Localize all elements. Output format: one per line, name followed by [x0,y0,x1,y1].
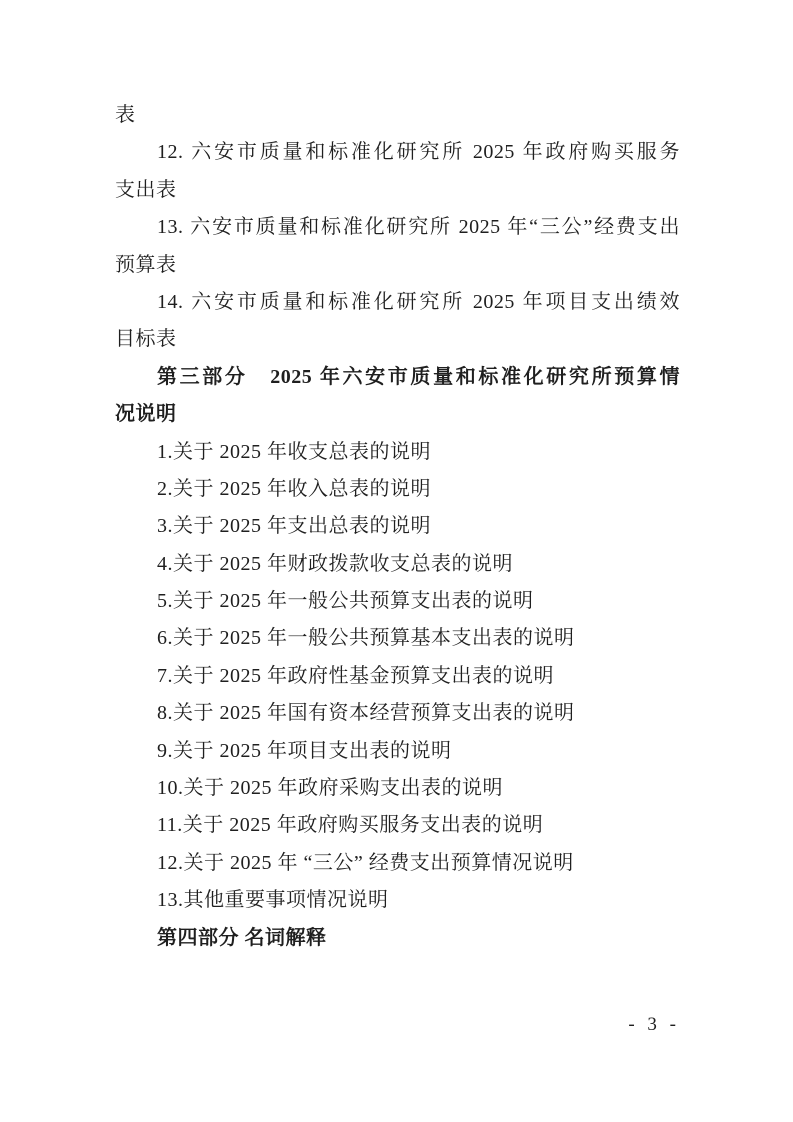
note-item-4: 4.关于 2025 年财政拨款收支总表的说明 [115,546,680,583]
document-page: 表 12. 六安市质量和标准化研究所 2025 年政府购买服务 支出表 13. … [0,0,793,1122]
section-heading-part4: 第四部分 名词解释 [115,920,680,957]
section-heading-part3-continuation: 况说明 [115,396,680,433]
note-item-6: 6.关于 2025 年一般公共预算基本支出表的说明 [115,620,680,657]
toc-item-13-three-public-expenses: 13. 六安市质量和标准化研究所 2025 年“三公”经费支出 [115,209,680,246]
note-item-2: 2.关于 2025 年收入总表的说明 [115,471,680,508]
note-item-8: 8.关于 2025 年国有资本经营预算支出表的说明 [115,695,680,732]
toc-item-13-continuation: 预算表 [115,247,680,284]
toc-item-14-project-performance: 14. 六安市质量和标准化研究所 2025 年项目支出绩效 [115,284,680,321]
toc-item-14-continuation: 目标表 [115,321,680,358]
document-body: 表 12. 六安市质量和标准化研究所 2025 年政府购买服务 支出表 13. … [115,97,680,957]
toc-item-12-gov-purchase-services: 12. 六安市质量和标准化研究所 2025 年政府购买服务 [115,134,680,171]
note-item-7: 7.关于 2025 年政府性基金预算支出表的说明 [115,658,680,695]
section-heading-part3: 第三部分 2025 年六安市质量和标准化研究所预算情 [115,359,680,396]
note-item-12: 12.关于 2025 年 “三公” 经费支出预算情况说明 [115,845,680,882]
note-item-13: 13.其他重要事项情况说明 [115,882,680,919]
note-item-1: 1.关于 2025 年收支总表的说明 [115,434,680,471]
note-item-5: 5.关于 2025 年一般公共预算支出表的说明 [115,583,680,620]
note-item-3: 3.关于 2025 年支出总表的说明 [115,508,680,545]
note-item-10: 10.关于 2025 年政府采购支出表的说明 [115,770,680,807]
toc-line-table-suffix: 表 [115,97,680,134]
toc-item-12-continuation: 支出表 [115,172,680,209]
page-number: - 3 - [115,1013,680,1037]
note-item-9: 9.关于 2025 年项目支出表的说明 [115,733,680,770]
note-item-11: 11.关于 2025 年政府购买服务支出表的说明 [115,807,680,844]
